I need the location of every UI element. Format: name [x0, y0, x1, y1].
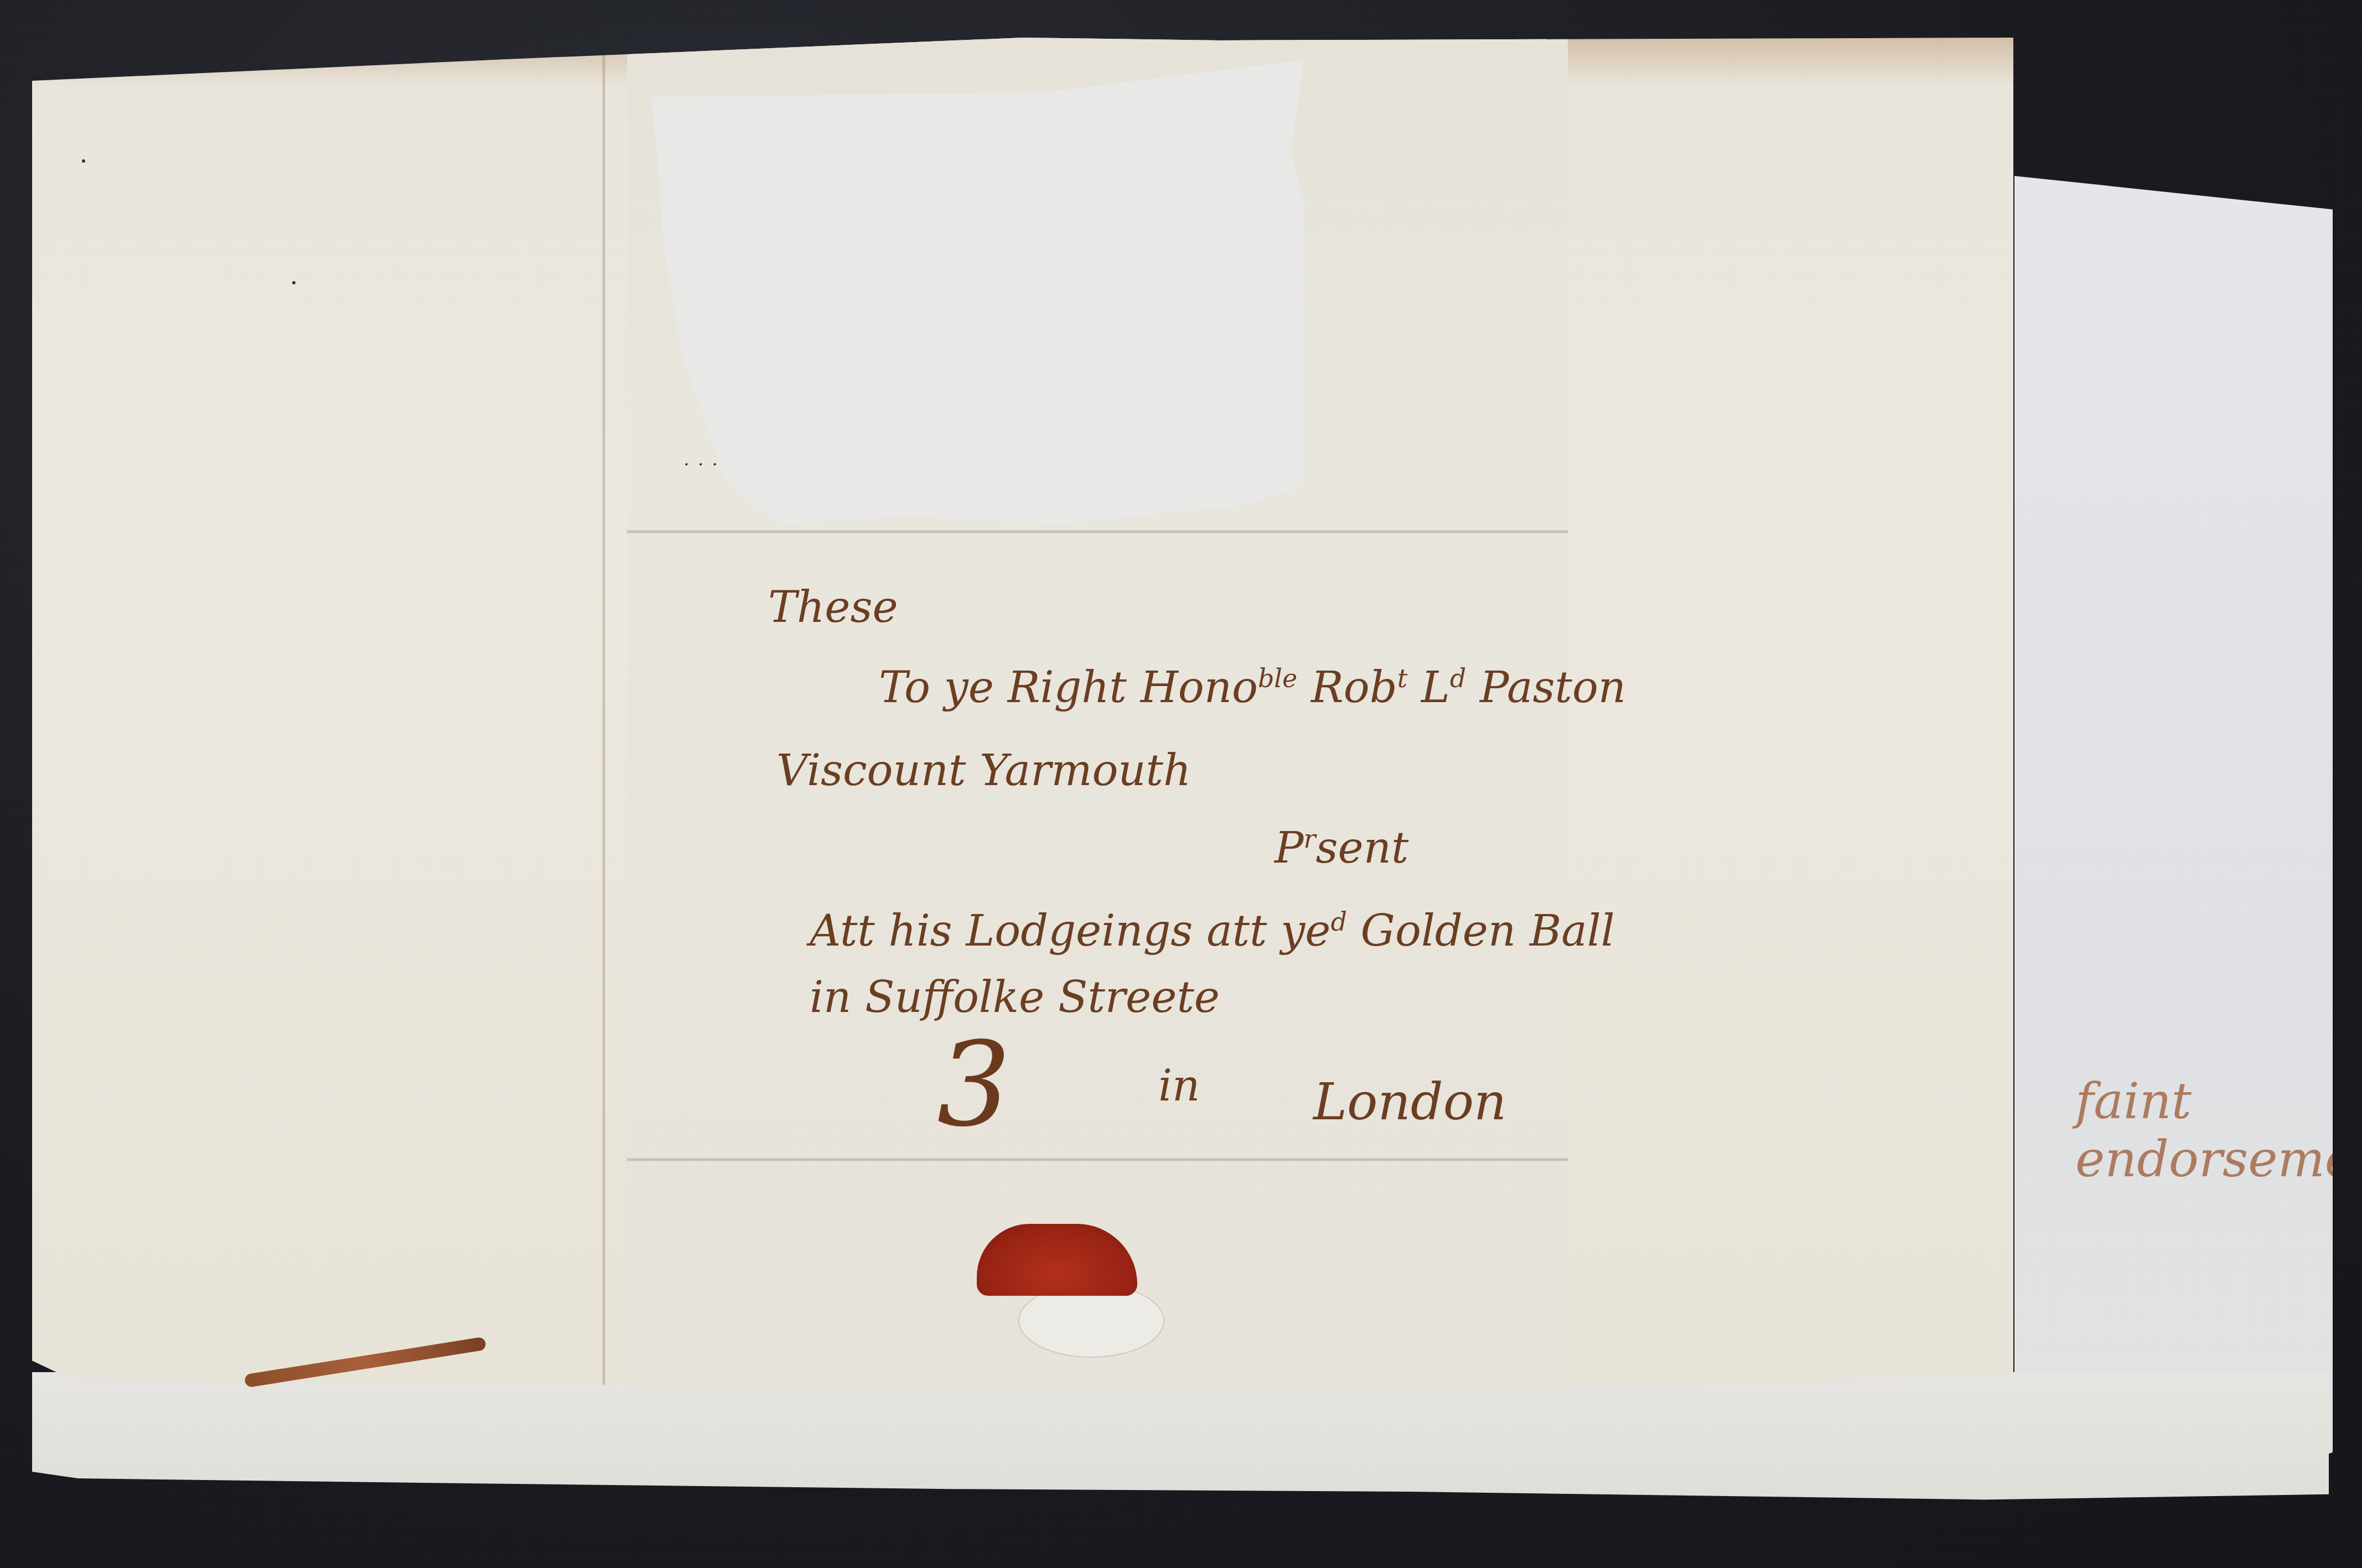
address-line-these: These: [768, 583, 898, 632]
address-line-city: London: [1313, 1072, 1506, 1131]
folded-letter: noWy . . . These To ye Right Honoble Rob…: [32, 38, 2013, 1388]
address-line-title: Viscount Yarmouth: [776, 746, 1191, 796]
faint-endorsement: faint endorsement: [2075, 1072, 2362, 1188]
paper-repair-patch: [651, 60, 1304, 525]
address-line-street: in Suffolke Streete: [810, 973, 1220, 1022]
second-sheet: faint endorsement: [2014, 176, 2333, 1465]
postage-charge-mark: 3: [937, 1017, 1011, 1152]
fold-line-lower: [627, 1158, 1568, 1161]
fold-line-left: [602, 38, 605, 1388]
address-line-present: Prsent: [1275, 823, 1408, 873]
address-line-lodgings: Att his Lodgeings att yed Golden Ball: [810, 906, 1615, 956]
address-line-in: in: [1158, 1061, 1200, 1111]
ink-speck: [82, 159, 85, 163]
address-line-recipient: To ye Right Honoble Robt Ld Paston: [879, 663, 1626, 713]
fold-line-upper: [627, 530, 1568, 533]
ink-speck: [292, 281, 296, 284]
